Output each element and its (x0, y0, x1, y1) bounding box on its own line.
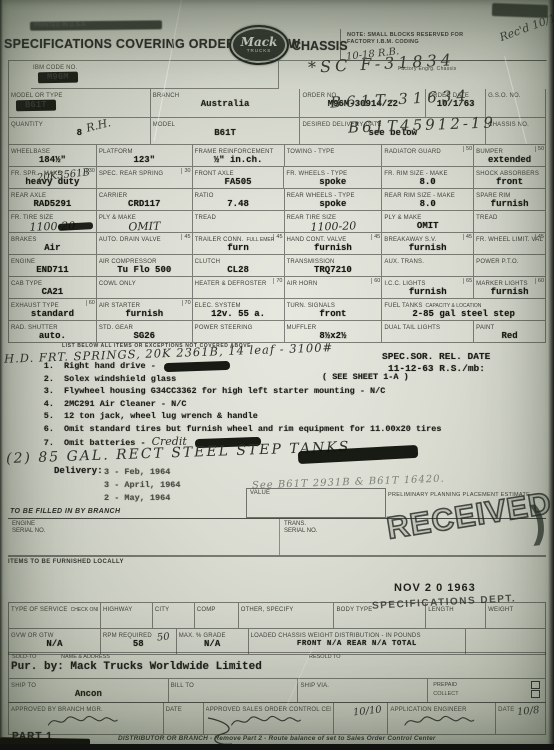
cell-trailer-conn: TRAILER CONN.FULL EMER45furn (193, 233, 285, 255)
exception-item: 3.Flywheel housing G34CC3362 for high le… (30, 385, 550, 398)
cell-hand-cont-valve: HAND CONT. VALVE45furnish (285, 233, 383, 255)
cell-i-c-c-lights: I.C.C. LIGHTS65furnish (382, 277, 474, 299)
cell-quantity: QUANTITY8 (9, 118, 151, 145)
cell-platform: PLATFORM123" (97, 145, 193, 167)
cell-blank: PREPAIDCOLLECT (428, 679, 546, 703)
cell-air-starter: AIR STARTER70furnish (97, 299, 193, 321)
exception-item: 4.2MC291 Air Cleaner - N/C (30, 398, 550, 411)
cell-paint: PAINTRed (474, 321, 546, 343)
cell-branch: BRANCHAustralia (151, 89, 301, 118)
cell-rad-shutter: RAD. SHUTTERauto. (9, 321, 97, 343)
cell-fr-wheels-type: FR. WHEELS - TYPEspoke (284, 167, 382, 189)
exception-item: 1.Right hand drive - (30, 360, 550, 373)
printed-note-smudge: PRINTED IN U.S.A. (30, 20, 162, 30)
resold-to-label: RESOLD TO (309, 654, 341, 660)
cell-heater-defroster: HEATER & DEFROSTER70 (193, 277, 285, 299)
cell-cowl-only: COWL ONLY (97, 277, 193, 299)
cell-fr-spr-make: FR. SPR. - MAKE30heavy duty20K3561B (9, 167, 97, 189)
scan-edge (548, 0, 554, 750)
cell-type-of-service: TYPE OF SERVICECHECK ONE (9, 603, 101, 629)
branch-fill-label: TO BE FILLED IN BY BRANCH (10, 508, 120, 515)
engine-serial-label: ENGINE (12, 521, 279, 528)
cell-model-or-type: MODEL OR TYPEB61T (9, 89, 151, 118)
cell-city: CITY (153, 603, 195, 629)
scan-edge (0, 0, 3, 750)
cell-application-engineer: APPLICATION ENGINEER (388, 703, 496, 735)
cell-rear-wheels-type: REAR WHEELS - TYPEspoke (285, 189, 383, 211)
ibm-coding-note: NOTE: SMALL BLOCKS RESERVED FOR FACTORY … (341, 29, 477, 45)
cell-fr-rim-size-make: FR. RIM SIZE - MAKE8.0 (382, 167, 474, 189)
exception-list: 1.Right hand drive -2.Solex windshield g… (30, 360, 550, 449)
cell-exhaust-type: EXHAUST TYPE60standard (9, 299, 97, 321)
cell-highway: HIGHWAY (101, 603, 153, 629)
cell-blank: 10/10 (334, 703, 389, 735)
value-label: VALUE (247, 489, 385, 496)
cell-transmission: TRANSMISSIONTRQ7210 (285, 255, 383, 277)
cell-spare-rim: SPARE RIMfurnish (474, 189, 546, 211)
cell-ply-make: PLY & MAKEOMIT (97, 211, 193, 233)
cell-frame-reinforcement: FRAME REINFORCEMENT½" in.ch. (193, 145, 285, 167)
cell-ply-make: PLY & MAKEOMIT (382, 211, 474, 233)
name-address-label: NAME & ADDRESS (61, 654, 110, 660)
engine-serial-cell: ENGINE SERIAL NO. (8, 519, 280, 555)
signature (11, 713, 155, 729)
delivery-line: 2 - May, 1964 (104, 492, 181, 505)
cell-power-steering: POWER STEERING (193, 321, 285, 343)
mack-logo-sub: TRUCKS (247, 48, 272, 53)
date-stamp: NOV 2 0 1963 (394, 582, 476, 594)
exception-item: 2.Solex windshield glass (30, 373, 550, 386)
routing-instructions: DISTRIBUTOR OR BRANCH - Remove Part 2 - … (118, 735, 436, 742)
cell-fr-wheel-limit-valve: FR. WHEEL LIMIT. VALVE45 (474, 233, 546, 255)
cell-shock-absorbers: SHOCK ABSORBERSfront (474, 167, 546, 189)
sold-to-row: SOLD-TO NAME & ADDRESS RESOLD TO Pur. by… (8, 652, 546, 678)
delivery-line: 3 - Feb, 1964 (104, 466, 181, 479)
cell-cab-type: CAB TYPECA21 (9, 277, 97, 299)
cell-carrier: CARRIERCRD117 (97, 189, 193, 211)
cell-fr-tire-size: FR. TIRE SIZE1100-20 (9, 211, 97, 233)
cell-ratio: RATIO7.48 (193, 189, 285, 211)
scan-edge (0, 744, 554, 750)
printed-note: PRINTED IN U.S.A. (30, 20, 162, 30)
cell-power-p-t-o: POWER P.T.O. (474, 255, 546, 277)
cell-elec-system: ELEC. SYSTEM12v. 55 a. (193, 299, 285, 321)
mack-logo-text: Mack (241, 37, 278, 48)
checkbox-collect (531, 690, 540, 698)
cell-breakaway-s-v: BREAKAWAY S.V.45furnish (382, 233, 474, 255)
cell-body-type: BODY TYPE (334, 603, 426, 629)
items-local-label: ITEMS TO BE FURNISHED LOCALLY (8, 556, 546, 565)
cell-blank (279, 61, 525, 89)
exception-item: 6.Omit standard tires but furnish wheel … (30, 423, 550, 436)
redaction-mark (58, 222, 93, 231)
purchased-by-value: Pur. by: Mack Trucks Worldwide Limited (11, 661, 262, 673)
trans-serial-label: TRANS. (284, 521, 317, 528)
cell-aux-trans: AUX. TRANS. (382, 255, 474, 277)
cell-weight: WEIGHT (486, 603, 546, 629)
cell-rear-tire-size: REAR TIRE SIZE1100-20 (285, 211, 383, 233)
scanned-spec-sheet: PRINTED IN U.S.A. SPECIFICATIONS COVERIN… (0, 0, 554, 750)
cell-tread: TREAD (474, 211, 546, 233)
cell-fuel-tanks: FUEL TANKSCAPACITY & LOCATION2-85 gal st… (382, 299, 546, 321)
cell-clutch: CLUTCHCL28 (193, 255, 285, 277)
cell-spec-rear-spring: SPEC. REAR SPRING30 (97, 167, 193, 189)
approval-grid: APPROVED BY BRANCH MGR.DATEAPPROVED SALE… (8, 702, 546, 735)
trans-serial-cell: TRANS. SERIAL NO. (280, 519, 317, 555)
value-box: VALUE (246, 488, 386, 518)
cell-length: LENGTH (426, 603, 486, 629)
ship-grid: SHIP TOAnconBILL TOSHIP VIA.PREPAIDCOLLE… (8, 678, 546, 703)
cell-radiator-guard: RADIATOR GUARD50 (382, 145, 474, 167)
cell-muffler: MUFFLER8½x2½ (285, 321, 383, 343)
redaction-mark (164, 361, 230, 372)
cell-front-axle: FRONT AXLEFA505 (193, 167, 285, 189)
delivery-line: 3 - April, 1964 (104, 479, 181, 492)
cell-dual-tail-lights: DUAL TAIL LIGHTS (382, 321, 474, 343)
cell-air-compressor: AIR COMPRESSORTu Flo 500 (97, 255, 193, 277)
cell-ship-via: SHIP VIA. (298, 679, 428, 703)
cell-turn-signals: TURN. SIGNALSfront (285, 299, 383, 321)
cell-engine: ENGINEEND711 (9, 255, 97, 277)
cell-bumper: BUMPER50extended (474, 145, 546, 167)
cell-towing-type: TOWING - TYPE (285, 145, 383, 167)
cell-std-gear: STD. GEARSG26 (97, 321, 193, 343)
signature (390, 713, 489, 729)
cell-model: MODELB61T (151, 118, 301, 145)
cell-date: DATE10/8 (496, 703, 546, 735)
cell-other-specify: OTHER, SPECIFY (239, 603, 335, 629)
cell-brakes: BRAKESAir (9, 233, 97, 255)
cell-auto-drain-valve: AUTO. DRAIN VALVE45 (97, 233, 193, 255)
cell-wheelbase: WHEELBASE184½" (9, 145, 97, 167)
mack-logo: Mack TRUCKS (229, 25, 289, 65)
delivery-lines: 3 - Feb, 19643 - April, 19642 - May, 196… (104, 466, 181, 505)
checkbox-prepaid (531, 681, 540, 689)
cell-marker-lights: MARKER LIGHTS60furnish (474, 277, 546, 299)
exception-item: 5.12 ton jack, wheel lug wrench & handle (30, 410, 550, 423)
cell-rear-rim-size-make: REAR RIM SIZE - MAKE8.0 (382, 189, 474, 211)
service-grid: TYPE OF SERVICECHECK ONEHIGHWAYCITYCOMPO… (8, 602, 546, 655)
sold-to-label: SOLD-TO (12, 654, 36, 660)
cell-bill-to: BILL TO (169, 679, 299, 703)
cell-ibm-code-no: IBM CODE NO.M96M (31, 61, 279, 89)
cell-comp: COMP (195, 603, 239, 629)
cell-air-horn: AIR HORN60 (285, 277, 383, 299)
cell-rear-axle: REAR AXLERAD5291 (9, 189, 97, 211)
delivery-label: Delivery: (54, 466, 103, 476)
cell-ship-to: SHIP TOAncon (9, 679, 169, 703)
cell-tread: TREAD (193, 211, 285, 233)
